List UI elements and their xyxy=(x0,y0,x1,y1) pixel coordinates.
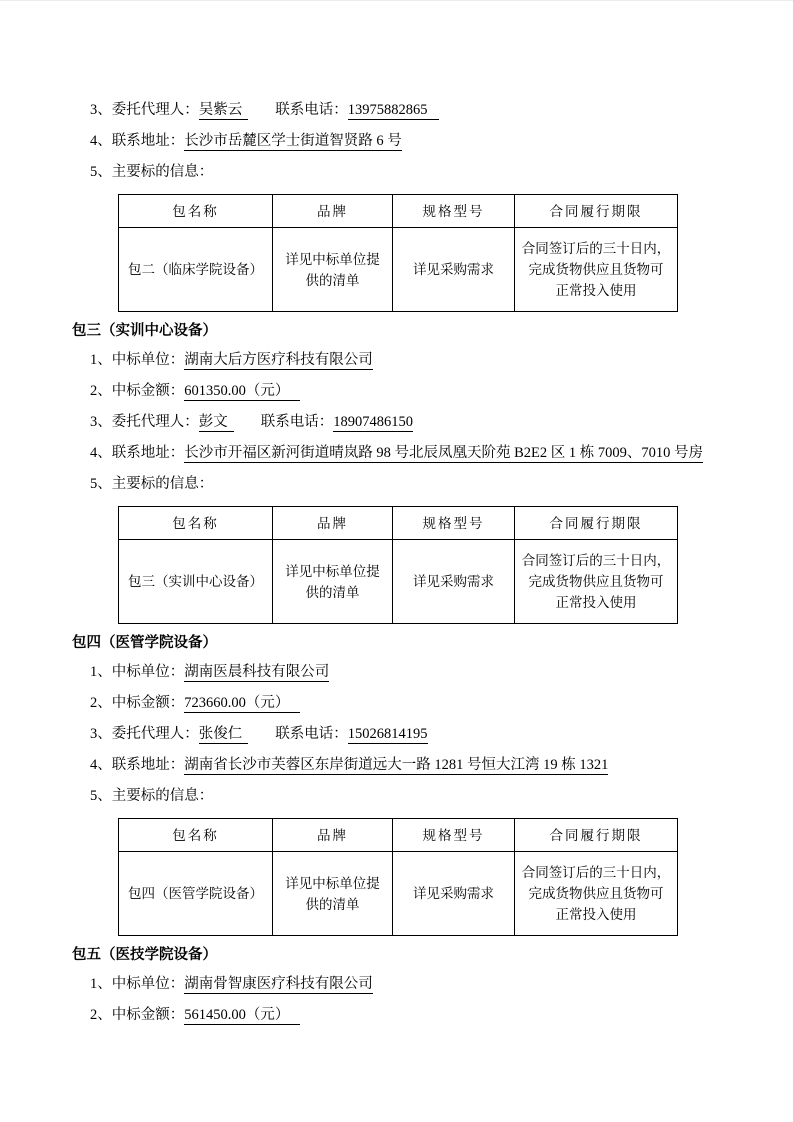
header-spec-model: 规格型号 xyxy=(393,195,515,228)
table-header-row: 包名称 品牌 规格型号 合同履行期限 xyxy=(119,195,678,228)
header-contract-period: 合同履行期限 xyxy=(515,195,678,228)
cell-contract-period: 合同签订后的三十日内， 完成货物供应且货物可 正常投入使用 xyxy=(515,852,678,936)
winning-unit-item: 1、中标单位：湖南医晨科技有限公司 xyxy=(90,663,723,682)
document-page: 3、委托代理人：吴紫云联系电话：13975882865 4、联系地址：长沙市岳麓… xyxy=(0,1,793,1025)
phone-label: 联系电话： xyxy=(261,414,334,430)
table-header-row: 包名称 品牌 规格型号 合同履行期限 xyxy=(119,507,678,540)
header-spec-model: 规格型号 xyxy=(393,507,515,540)
cell-spec-model: 详见采购需求 xyxy=(393,228,515,312)
cell-contract-period: 合同签订后的三十日内， 完成货物供应且货物可 正常投入使用 xyxy=(515,540,678,624)
address-item: 4、联系地址：长沙市岳麓区学士街道智贤路 6 号 xyxy=(90,132,723,151)
header-brand: 品牌 xyxy=(273,819,393,852)
winning-amount-item: 2、中标金额：561450.00（元） xyxy=(90,1006,723,1025)
agent-name-value: 彭文 xyxy=(199,414,234,432)
phone-value: 13975882865 xyxy=(348,102,439,120)
winning-unit-value: 湖南大后方医疗科技有限公司 xyxy=(184,352,373,370)
winning-amount-label: 2、中标金额： xyxy=(90,383,184,399)
cell-package-name: 包三（实训中心设备） xyxy=(119,540,273,624)
address-value: 湖南省长沙市芙蓉区东岸街道远大一路 1281 号恒大江湾 19 栋 1321 xyxy=(184,757,608,775)
winning-amount-item: 2、中标金额：723660.00（元） xyxy=(90,694,723,713)
cell-package-name: 包四（医管学院设备） xyxy=(119,852,273,936)
agent-name-value: 吴紫云 xyxy=(199,102,249,120)
winning-amount-item: 2、中标金额：601350.00（元） xyxy=(90,382,723,401)
header-package-name: 包名称 xyxy=(119,819,273,852)
section-heading: 包四（医管学院设备） xyxy=(72,634,723,653)
package-two-fragment: 3、委托代理人：吴紫云联系电话：13975882865 4、联系地址：长沙市岳麓… xyxy=(72,101,723,312)
table-row: 包二（临床学院设备） 详见中标单位提 供的清单 详见采购需求 合同签订后的三十日… xyxy=(119,228,678,312)
winning-unit-label: 1、中标单位： xyxy=(90,976,184,992)
address-label: 4、联系地址： xyxy=(90,757,184,773)
winning-amount-value: 723660.00（元） xyxy=(184,695,300,713)
main-info-item: 5、主要标的信息： xyxy=(90,475,723,494)
section-heading: 包五（医技学院设备） xyxy=(72,946,723,965)
header-brand: 品牌 xyxy=(273,507,393,540)
cell-brand: 详见中标单位提 供的清单 xyxy=(273,228,393,312)
address-item: 4、联系地址：湖南省长沙市芙蓉区东岸街道远大一路 1281 号恒大江湾 19 栋… xyxy=(90,756,723,775)
cell-contract-period: 合同签订后的三十日内， 完成货物供应且货物可 正常投入使用 xyxy=(515,228,678,312)
winning-unit-label: 1、中标单位： xyxy=(90,664,184,680)
table-row: 包四（医管学院设备） 详见中标单位提 供的清单 详见采购需求 合同签订后的三十日… xyxy=(119,852,678,936)
address-item: 4、联系地址：长沙市开福区新河街道晴岚路 98 号北辰凤凰天阶苑 B2E2 区 … xyxy=(90,444,723,463)
winning-unit-item: 1、中标单位：湖南骨智康医疗科技有限公司 xyxy=(90,975,723,994)
main-info-item: 5、主要标的信息： xyxy=(90,163,723,182)
main-info-label: 5、主要标的信息： xyxy=(90,476,213,492)
main-info-label: 5、主要标的信息： xyxy=(90,788,213,804)
phone-value: 18907486150 xyxy=(333,414,413,432)
address-label: 4、联系地址： xyxy=(90,133,184,149)
address-value: 长沙市开福区新河街道晴岚路 98 号北辰凤凰天阶苑 B2E2 区 1 栋 700… xyxy=(184,445,703,463)
bid-info-table-pkg4: 包名称 品牌 规格型号 合同履行期限 包四（医管学院设备） 详见中标单位提 供的… xyxy=(118,818,678,936)
header-contract-period: 合同履行期限 xyxy=(515,507,678,540)
agent-label: 3、委托代理人： xyxy=(90,414,199,430)
winning-amount-value: 561450.00（元） xyxy=(184,1007,300,1025)
winning-amount-label: 2、中标金额： xyxy=(90,1007,184,1023)
header-brand: 品牌 xyxy=(273,195,393,228)
cell-spec-model: 详见采购需求 xyxy=(393,852,515,936)
bid-info-table-pkg2: 包名称 品牌 规格型号 合同履行期限 包二（临床学院设备） 详见中标单位提 供的… xyxy=(118,194,678,312)
header-package-name: 包名称 xyxy=(119,195,273,228)
cell-brand: 详见中标单位提 供的清单 xyxy=(273,540,393,624)
winning-unit-value: 湖南骨智康医疗科技有限公司 xyxy=(184,976,373,994)
main-info-item: 5、主要标的信息： xyxy=(90,787,723,806)
address-label: 4、联系地址： xyxy=(90,445,184,461)
package-five-section: 包五（医技学院设备） 1、中标单位：湖南骨智康医疗科技有限公司 2、中标金额：5… xyxy=(72,946,723,1025)
table-header-row: 包名称 品牌 规格型号 合同履行期限 xyxy=(119,819,678,852)
winning-unit-value: 湖南医晨科技有限公司 xyxy=(184,664,329,682)
address-value: 长沙市岳麓区学士街道智贤路 6 号 xyxy=(184,133,402,151)
main-info-label: 5、主要标的信息： xyxy=(90,164,213,180)
package-three-section: 包三（实训中心设备） 1、中标单位：湖南大后方医疗科技有限公司 2、中标金额：6… xyxy=(72,322,723,624)
agent-label: 3、委托代理人： xyxy=(90,102,199,118)
winning-unit-item: 1、中标单位：湖南大后方医疗科技有限公司 xyxy=(90,351,723,370)
cell-brand: 详见中标单位提 供的清单 xyxy=(273,852,393,936)
table-row: 包三（实训中心设备） 详见中标单位提 供的清单 详见采购需求 合同签订后的三十日… xyxy=(119,540,678,624)
phone-label: 联系电话： xyxy=(275,726,348,742)
agent-item: 3、委托代理人：彭文联系电话：18907486150 xyxy=(90,413,723,432)
package-four-section: 包四（医管学院设备） 1、中标单位：湖南医晨科技有限公司 2、中标金额：7236… xyxy=(72,634,723,936)
agent-name-value: 张俊仁 xyxy=(199,726,249,744)
section-heading: 包三（实训中心设备） xyxy=(72,322,723,341)
agent-item: 3、委托代理人：吴紫云联系电话：13975882865 xyxy=(90,101,723,120)
bid-info-table-pkg3: 包名称 品牌 规格型号 合同履行期限 包三（实训中心设备） 详见中标单位提 供的… xyxy=(118,506,678,624)
agent-item: 3、委托代理人：张俊仁联系电话：15026814195 xyxy=(90,725,723,744)
cell-spec-model: 详见采购需求 xyxy=(393,540,515,624)
winning-amount-label: 2、中标金额： xyxy=(90,695,184,711)
header-contract-period: 合同履行期限 xyxy=(515,819,678,852)
agent-label: 3、委托代理人： xyxy=(90,726,199,742)
header-spec-model: 规格型号 xyxy=(393,819,515,852)
phone-label: 联系电话： xyxy=(275,102,348,118)
winning-amount-value: 601350.00（元） xyxy=(184,383,300,401)
winning-unit-label: 1、中标单位： xyxy=(90,352,184,368)
header-package-name: 包名称 xyxy=(119,507,273,540)
cell-package-name: 包二（临床学院设备） xyxy=(119,228,273,312)
phone-value: 15026814195 xyxy=(348,726,428,744)
